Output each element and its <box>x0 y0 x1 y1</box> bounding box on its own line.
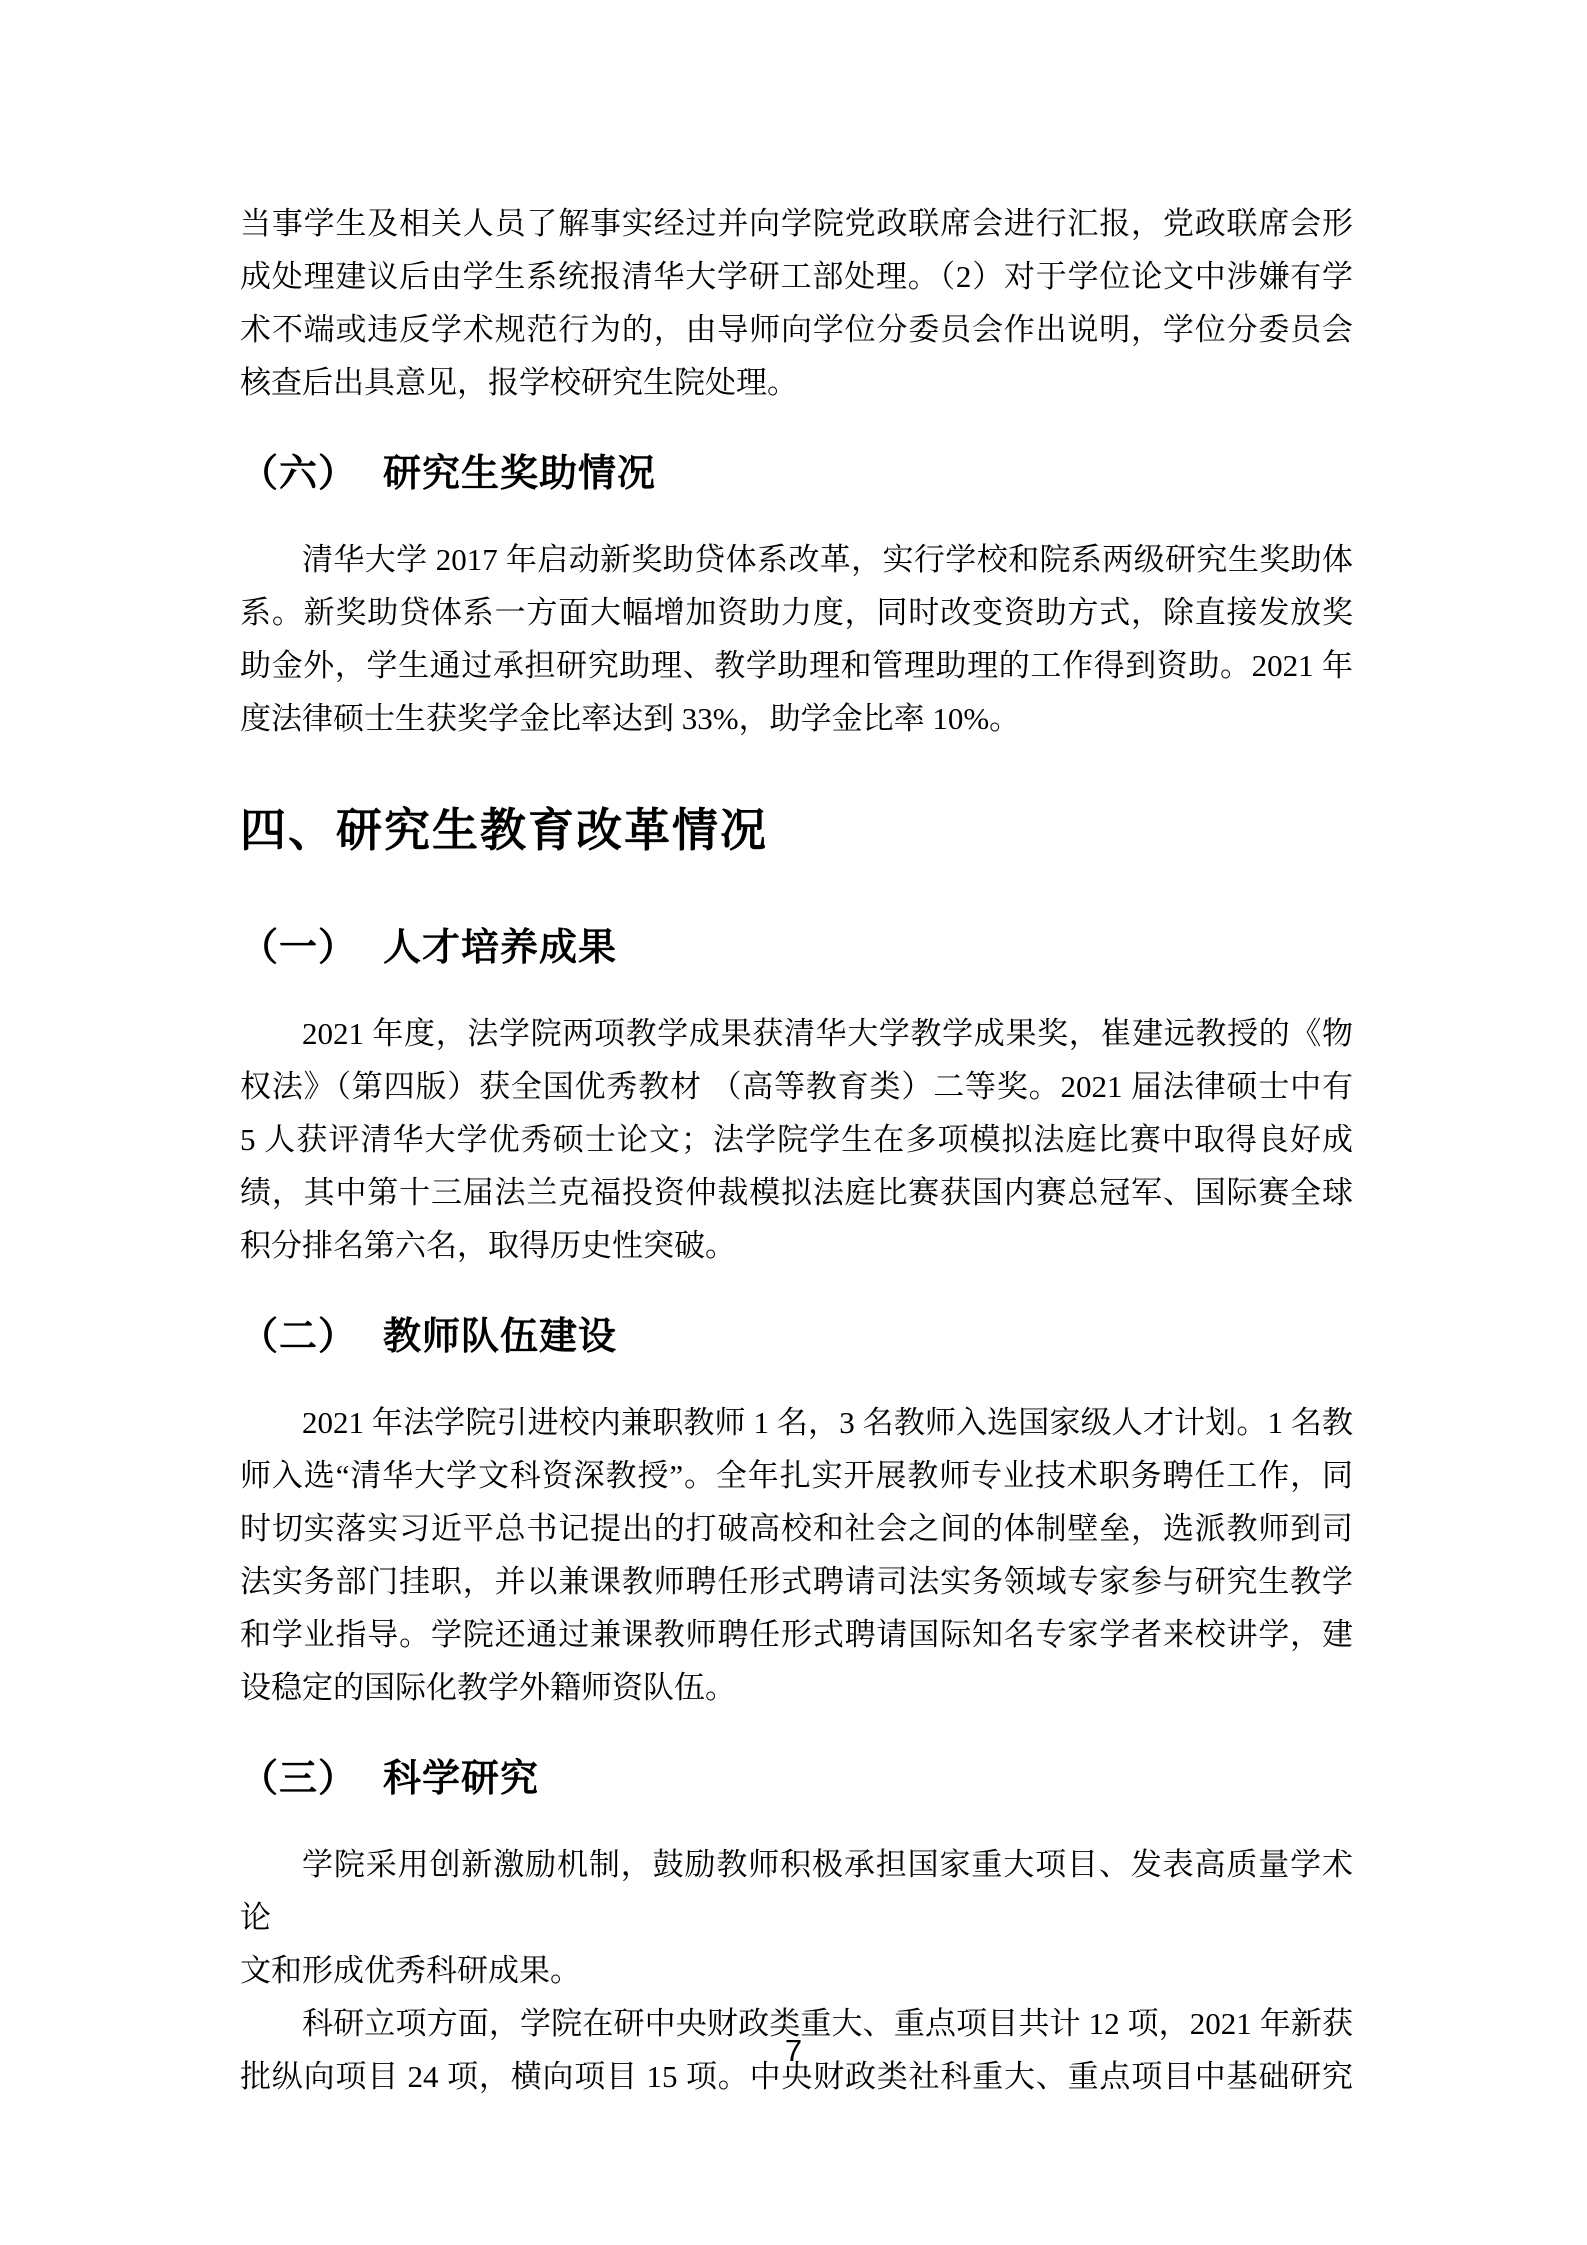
paragraph-talent-cultivation: 2021 年度，法学院两项教学成果获清华大学教学成果奖，崔建远教授的《物 权法》… <box>240 1007 1353 1272</box>
paragraph-line: 法实务部门挂职，并以兼课教师聘任形式聘请司法实务领域专家参与研究生教学 <box>240 1555 1353 1608</box>
section-heading-six: （六）研究生奖助情况 <box>240 445 1353 503</box>
paragraph-line: 成处理建议后由学生系统报清华大学研工部处理。（2）对于学位论文中涉嫌有学 <box>240 250 1353 303</box>
paragraph-line: 和学业指导。学院还通过兼课教师聘任形式聘请国际知名专家学者来校讲学，建 <box>240 1608 1353 1661</box>
section-number: （二） <box>240 1316 357 1358</box>
paragraph-line: 设稳定的国际化教学外籍师资队伍。 <box>240 1661 1353 1714</box>
document-content: 当事学生及相关人员了解事实经过并向学院党政联席会进行汇报，党政联席会形 成处理建… <box>240 197 1353 2103</box>
section-heading-three: （三）科学研究 <box>240 1750 1353 1808</box>
section-title: 教师队伍建设 <box>383 1316 617 1358</box>
section-heading-one: （一）人才培养成果 <box>240 919 1353 977</box>
paragraph-line: 师入选“清华大学文科资深教授”。全年扎实开展教师专业技术职务聘任工作，同 <box>240 1449 1353 1502</box>
section-title: 研究生奖助情况 <box>383 453 656 495</box>
page-number: 7 <box>0 2028 1587 2074</box>
section-heading-two: （二）教师队伍建设 <box>240 1308 1353 1366</box>
paragraph-research-intro: 学院采用创新激励机制，鼓励教师积极承担国家重大项目、发表高质量学术论 文和形成优… <box>240 1838 1353 1997</box>
section-title: 科学研究 <box>383 1758 539 1800</box>
paragraph-scholarship: 清华大学 2017 年启动新奖助贷体系改革，实行学校和院系两级研究生奖助体 系。… <box>240 533 1353 745</box>
paragraph-line: 绩，其中第十三届法兰克福投资仲裁模拟法庭比赛获国内赛总冠军、国际赛全球 <box>240 1166 1353 1219</box>
paragraph-faculty: 2021 年法学院引进校内兼职教师 1 名，3 名教师入选国家级人才计划。1 名… <box>240 1396 1353 1714</box>
section-number: （三） <box>240 1758 357 1800</box>
paragraph-line: 学院采用创新激励机制，鼓励教师积极承担国家重大项目、发表高质量学术论 <box>240 1838 1353 1944</box>
paragraph-line: 清华大学 2017 年启动新奖助贷体系改革，实行学校和院系两级研究生奖助体 <box>240 533 1353 586</box>
paragraph-line: 核查后出具意见，报学校研究生院处理。 <box>240 356 1353 409</box>
paragraph-line: 积分排名第六名，取得历史性突破。 <box>240 1219 1353 1272</box>
paragraph-line: 时切实落实习近平总书记提出的打破高校和社会之间的体制壁垒，选派教师到司 <box>240 1502 1353 1555</box>
paragraph-line: 度法律硕士生获奖学金比率达到 33%，助学金比率 10%。 <box>240 692 1353 745</box>
paragraph-line: 系。新奖助贷体系一方面大幅增加资助力度，同时改变资助方式，除直接发放奖 <box>240 586 1353 639</box>
paragraph-line: 2021 年法学院引进校内兼职教师 1 名，3 名教师入选国家级人才计划。1 名… <box>240 1396 1353 1449</box>
paragraph-line: 权法》（第四版）获全国优秀教材 （高等教育类）二等奖。2021 届法律硕士中有 <box>240 1060 1353 1113</box>
paragraph-line: 当事学生及相关人员了解事实经过并向学院党政联席会进行汇报，党政联席会形 <box>240 197 1353 250</box>
chapter-heading-four: 四、研究生教育改革情况 <box>240 797 1353 863</box>
section-title: 人才培养成果 <box>383 927 617 969</box>
paragraph-line: 助金外，学生通过承担研究助理、教学助理和管理助理的工作得到资助。2021 年 <box>240 639 1353 692</box>
paragraph-line: 5 人获评清华大学优秀硕士论文；法学院学生在多项模拟法庭比赛中取得良好成 <box>240 1113 1353 1166</box>
paragraph-line: 文和形成优秀科研成果。 <box>240 1944 1353 1997</box>
paragraph-continuation: 当事学生及相关人员了解事实经过并向学院党政联席会进行汇报，党政联席会形 成处理建… <box>240 197 1353 409</box>
section-number: （一） <box>240 927 357 969</box>
section-number: （六） <box>240 453 357 495</box>
paragraph-line: 2021 年度，法学院两项教学成果获清华大学教学成果奖，崔建远教授的《物 <box>240 1007 1353 1060</box>
document-page: 当事学生及相关人员了解事实经过并向学院党政联席会进行汇报，党政联席会形 成处理建… <box>0 0 1587 2245</box>
paragraph-line: 术不端或违反学术规范行为的，由导师向学位分委员会作出说明，学位分委员会 <box>240 303 1353 356</box>
